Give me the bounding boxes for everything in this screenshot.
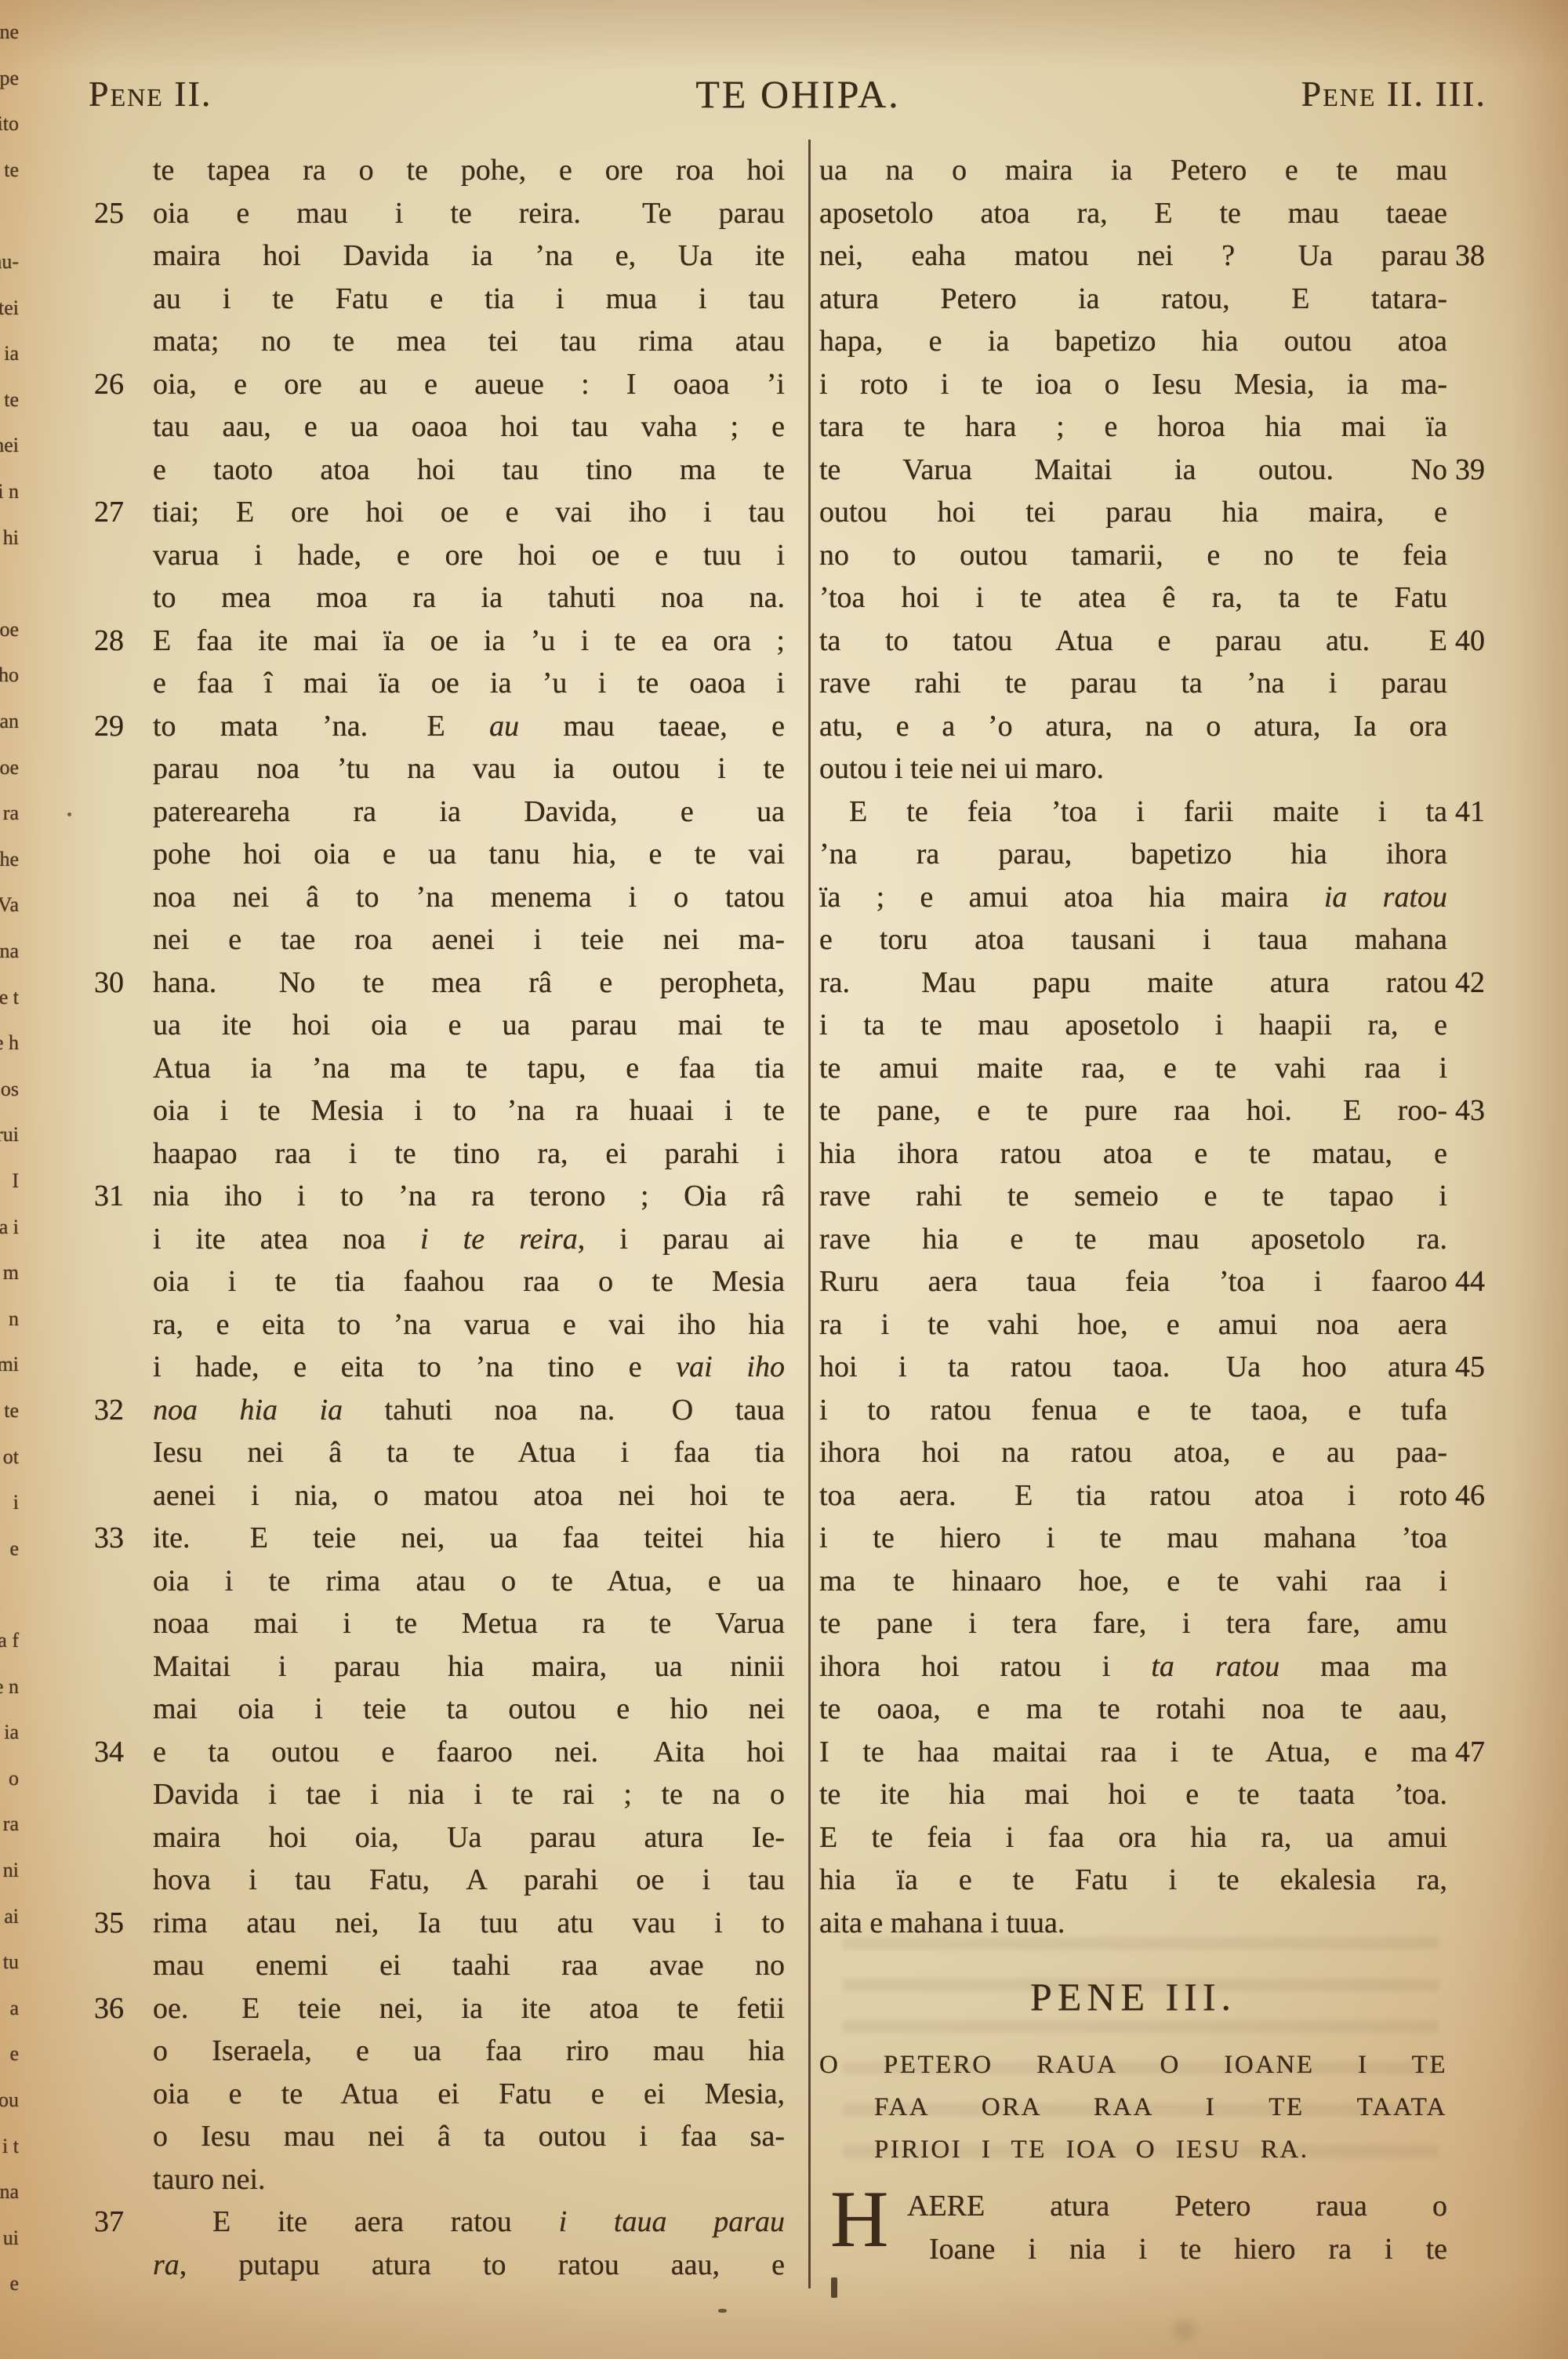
gutter-type-fragment: na <box>0 2180 19 2204</box>
text-line: 40ta to tatou Atua e parau atu. E <box>819 620 1447 663</box>
verse-number: 39 <box>1455 449 1512 492</box>
verse-number: 33 <box>94 1517 143 1560</box>
text-line: ïa ; e amui atoa hia maira ia ratou <box>819 876 1447 919</box>
verse-number: 31 <box>94 1175 143 1218</box>
text-line: to mea moa ra ia tahuti noa na. <box>153 576 785 620</box>
text-run: Davida i tae i nia i te rai ; te na o <box>153 1778 785 1811</box>
text-run: ’na ra parau, bapetizo hia ihora <box>819 838 1447 871</box>
text-run: te pane i tera fare, i tera fare, amu <box>819 1607 1447 1640</box>
text-line: AERE atura Petero raua o <box>819 2185 1447 2228</box>
chapter-summary-line: FAA ORA RAA I TE TAATA <box>819 2086 1447 2128</box>
text-run: Atua ia ’na ma te tapu, e faa tia <box>153 1052 785 1085</box>
text-line: ’na ra parau, bapetizo hia ihora <box>819 833 1447 876</box>
text-line: o Iseraela, e ua faa riro mau hia <box>153 2030 785 2073</box>
text-run: mau enemi ei taahi raa avae no <box>153 1949 785 1982</box>
text-line: 30hana. No te mea râ e peropheta, <box>153 961 785 1005</box>
text-run: tara te hara ; e horoa hia mai ïa <box>819 410 1447 443</box>
text-run: mau taeae, e <box>519 710 785 743</box>
gutter-type-fragment: a <box>9 1997 19 2020</box>
text-run: E faa ite mai ïa oe ia ’u i te ea ora ; <box>153 624 785 657</box>
text-line: 33ite. E teie nei, ua faa teitei hia <box>153 1517 785 1560</box>
text-line: rave rahi te parau ta ’na i parau <box>819 662 1447 705</box>
text-run: pohe hoi oia e ua tanu hia, e te vai <box>153 838 785 871</box>
text-line: ihora hoi ratou i ta ratou maa ma <box>819 1645 1447 1688</box>
gutter-type-fragment: a i <box>0 1216 19 1239</box>
text-run: , putapu atura to ratou aau, e <box>180 2248 785 2281</box>
text-line: hova i tau Fatu, A parahi oe i tau <box>153 1859 785 1902</box>
gutter-type-fragment: os <box>1 1078 19 1101</box>
text-line: i ite atea noa i te reira, i parau ai <box>153 1218 785 1261</box>
text-run: ihora hoi ratou i <box>819 1650 1151 1683</box>
text-run: hapa, e ia bapetizo hia outou atoa <box>819 325 1447 358</box>
gutter-type-fragment: ho <box>0 663 19 687</box>
verse-number: 47 <box>1455 1731 1512 1774</box>
text-line: maira hoi Davida ia ’na e, Ua ite <box>153 234 785 278</box>
text-run: Iesu nei â ta te Atua i faa tia <box>153 1436 785 1469</box>
gutter-type-fragment: ra <box>3 801 19 825</box>
text-line: parau noa ’tu na vau ia outou i te <box>153 747 785 791</box>
text-run: patereareha ra ia Davida, e ua <box>153 795 785 828</box>
italic-text: ta ratou <box>1151 1650 1279 1683</box>
text-line: 37 E ite aera ratou i taua parau <box>153 2201 785 2244</box>
gutter-type-fragment: oe <box>0 756 19 780</box>
italic-text: au <box>489 710 519 743</box>
text-run: maira hoi Davida ia ’na e, Ua ite <box>153 239 785 272</box>
text-line: ra, putapu atura to ratou aau, e <box>153 2244 785 2287</box>
text-run: oia e te Atua ei Fatu e ei Mesia, <box>153 2077 785 2110</box>
text-run: , i parau ai <box>578 1223 785 1256</box>
text-line: 25oia e mau i te reira. Te parau <box>153 192 785 235</box>
verse-number: 29 <box>94 705 143 748</box>
gutter-type-fragment: i n <box>0 480 19 503</box>
text-line: oia i te rima atau o te Atua, e ua <box>153 1560 785 1603</box>
text-run: noaa mai i te Metua ra te Varua <box>153 1607 785 1640</box>
gutter-type-fragment: i <box>13 1491 19 1514</box>
gutter-type-fragment: ot <box>3 1445 19 1469</box>
gutter-type-fragment: itei <box>0 296 19 320</box>
text-line: mata; no te mea tei tau rima atau <box>153 320 785 363</box>
text-run: E te feia i faa ora hia ra, ua amui <box>819 1821 1447 1854</box>
text-run: rave hia e te mau aposetolo ra. <box>819 1223 1447 1256</box>
text-run: oia i te rima atau o te Atua, e ua <box>153 1565 785 1598</box>
gutter-type-fragment: e t <box>0 986 19 1009</box>
text-run: i ite atea noa <box>153 1223 420 1256</box>
text-line: haapao raa i te tino ra, ei parahi i <box>153 1132 785 1176</box>
gutter-type-fragment: e h <box>0 1031 19 1055</box>
text-run: toa aera. E tia ratou atoa i roto <box>819 1479 1447 1512</box>
running-head-right: Pene II. III. <box>1301 69 1486 119</box>
text-run: i ta te mau aposetolo i haapii ra, e <box>819 1009 1447 1041</box>
gutter-type-fragment: i t <box>2 2135 19 2158</box>
text-line: 27tiai; E ore hoi oe e vai iho i tau <box>153 491 785 534</box>
verse-number: 30 <box>94 961 143 1005</box>
text-line: te pane i tera fare, i tera fare, amu <box>819 1602 1447 1645</box>
text-line: atu, e a ’o atura, na o atura, Ia ora <box>819 705 1447 748</box>
verse-number: 44 <box>1455 1260 1512 1303</box>
gutter-type-fragment: te <box>4 158 19 182</box>
verse-number: 37 <box>94 2201 143 2244</box>
text-line: tauro nei. <box>153 2158 785 2201</box>
italic-text: noa hia ia <box>153 1394 343 1427</box>
text-line: au i te Fatu e tia i mua i tau <box>153 278 785 321</box>
gutter-type-fragment: hu- <box>0 250 19 274</box>
gutter-type-fragment: nei <box>0 434 19 457</box>
text-line: oia i te Mesia i to ’na ra huaai i te <box>153 1089 785 1132</box>
text-line: Maitai i parau hia maira, ua ninii <box>153 1645 785 1688</box>
gutter-type-fragment: ai <box>4 1905 19 1928</box>
text-line: e faa î mai ïa oe ia ’u i te oaoa i <box>153 662 785 705</box>
text-line: Davida i tae i nia i te rai ; te na o <box>153 1773 785 1816</box>
text-line: ua na o maira ia Petero e te mau <box>819 149 1447 192</box>
left-text-column: te tapea ra o te pohe, e ore roa hoi25oi… <box>153 149 785 2286</box>
text-run: noa nei â to ’na menema i o tatou <box>153 881 785 914</box>
text-line: E te feia i faa ora hia ra, ua amui <box>819 1816 1447 1859</box>
text-line: mai oia i teie ta outou e hio nei <box>153 1688 785 1731</box>
text-run: ra i te vahi hoe, e amui noa aera <box>819 1308 1447 1341</box>
running-head-center: TE OHIPA. <box>695 69 900 119</box>
text-run: Ioane i nia i te hiero ra i te <box>929 2233 1447 2266</box>
text-run: mai oia i teie ta outou e hio nei <box>153 1692 785 1725</box>
text-line: te amui maite raa, e te vahi raa i <box>819 1047 1447 1090</box>
chapter-summary-line: PIRIOI I TE IOA O IESU RA. <box>819 2128 1447 2171</box>
text-run: rima atau nei, Ia tuu atu vau i to <box>153 1906 785 1939</box>
text-run: i to ratou fenua e te taoa, e tufa <box>819 1394 1447 1427</box>
text-line: te tapea ra o te pohe, e ore roa hoi <box>153 149 785 192</box>
gutter-type-fragment: I <box>12 1169 19 1193</box>
gutter-type-fragment: an <box>0 710 19 733</box>
text-run: hana. No te mea râ e peropheta, <box>153 966 785 999</box>
text-run: au i te Fatu e tia i mua i tau <box>153 282 785 315</box>
italic-text: ra <box>153 2248 180 2281</box>
text-line: varua i hade, e ore hoi oe e tuu i <box>153 534 785 577</box>
gutter-type-fragment: ne <box>0 20 19 44</box>
gutter-type-fragment: n <box>9 1307 19 1331</box>
italic-text: i te reira <box>420 1223 578 1256</box>
text-line: aita e mahana i tuua. <box>819 1902 1447 1945</box>
text-line: ihora hoi na ratou atoa, e au paa- <box>819 1431 1447 1474</box>
text-run: tauro nei. <box>153 2163 266 2196</box>
text-line: 26oia, e ore au e aueue : I oaoa ’i <box>153 363 785 406</box>
text-run: nei e tae roa aenei i teie nei ma- <box>153 923 785 956</box>
gutter-type-fragment: e <box>9 2042 19 2066</box>
text-line: i hade, e eita to ’na tino e vai iho <box>153 1346 785 1389</box>
text-line: patereareha ra ia Davida, e ua <box>153 791 785 834</box>
text-line: 44Ruru aera taua feia ’toa i faaroo <box>819 1260 1447 1303</box>
text-run: Maitai i parau hia maira, ua ninii <box>153 1650 785 1683</box>
gutter-type-fragment: e n <box>0 1675 19 1699</box>
text-line: i ta te mau aposetolo i haapii ra, e <box>819 1004 1447 1047</box>
text-run: varua i hade, e ore hoi oe e tuu i <box>153 539 785 572</box>
gutter-type-fragment: Va <box>0 893 19 917</box>
column-divider <box>808 140 811 2288</box>
text-line: i to ratou fenua e te taoa, e tufa <box>819 1389 1447 1432</box>
text-run: e ta outou e faaroo nei. Aita hoi <box>153 1736 785 1768</box>
text-run: te oaoa, e ma te rotahi noa te aau, <box>819 1692 1447 1725</box>
text-run: maa ma <box>1279 1650 1447 1683</box>
text-line: maira hoi oia, Ua parau atura Ie- <box>153 1816 785 1859</box>
text-run: hoi i ta ratou taoa. Ua hoo atura <box>819 1350 1447 1383</box>
text-run: hova i tau Fatu, A parahi oe i tau <box>153 1863 785 1896</box>
verse-number: 28 <box>94 620 143 663</box>
text-line: 31nia iho i to ’na ra terono ; Oia râ <box>153 1175 785 1218</box>
page-gutter-fragments: nepeitotehu-iteia iae teneii nhioehoanoe… <box>0 0 20 2359</box>
text-run: oia i te tia faahou raa o te Mesia <box>153 1265 785 1298</box>
text-run: atura Petero ia ratou, E tatara- <box>819 282 1447 315</box>
text-run: tahuti noa na. O taua <box>343 1394 785 1427</box>
text-run: te Varua Maitai ia outou. No <box>819 453 1447 486</box>
italic-text: vai iho <box>676 1350 785 1383</box>
gutter-type-fragment: ra <box>3 1812 19 1836</box>
book-page-scan: nepeitotehu-iteia iae teneii nhioehoanoe… <box>0 0 1568 2359</box>
text-run: ite. E teie nei, ua faa teitei hia <box>153 1521 785 1554</box>
text-line: oia e te Atua ei Fatu e ei Mesia, <box>153 2073 785 2116</box>
text-line: 45hoi i ta ratou taoa. Ua hoo atura <box>819 1346 1447 1389</box>
text-run: mata; no te mea tei tau rima atau <box>153 325 785 358</box>
text-line: ma te hinaaro hoe, e te vahi raa i <box>819 1560 1447 1603</box>
gutter-type-fragment: ni <box>3 1859 19 1882</box>
verse-number: 38 <box>1455 234 1512 278</box>
text-line: noa nei â to ’na menema i o tatou <box>153 876 785 919</box>
text-line: pohe hoi oia e ua tanu hia, e te vai <box>153 833 785 876</box>
right-text-column: ua na o maira ia Petero e te mauaposetol… <box>819 149 1447 2270</box>
text-line: ’toa hoi i te atea ê ra, ta te Fatu <box>819 576 1447 620</box>
text-line: aposetolo atoa ra, E te mau taeae <box>819 192 1447 235</box>
text-line: outou hoi tei parau hia maira, e <box>819 491 1447 534</box>
chapter-body: H AERE atura Petero raua oIoane i nia i … <box>819 2185 1447 2270</box>
text-run: te pane, e te pure raa hoi. E roo- <box>819 1094 1447 1127</box>
text-run: oia i te Mesia i to ’na ra huaai i te <box>153 1094 785 1127</box>
text-run: E te feia ’toa i farii maite i ta <box>819 795 1447 828</box>
text-line: tau aau, e ua oaoa hoi tau vaha ; e <box>153 405 785 449</box>
gutter-type-fragment: e <box>9 2272 19 2295</box>
text-run: rave rahi te parau ta ’na i parau <box>819 667 1447 700</box>
text-line: 28E faa ite mai ïa oe ia ’u i te ea ora … <box>153 620 785 663</box>
verse-number: 41 <box>1455 791 1512 834</box>
text-line: i te hiero i te mau mahana ’toa <box>819 1517 1447 1560</box>
gutter-type-fragment: ia <box>4 1721 19 1744</box>
text-run: i hade, e eita to ’na tino e <box>153 1350 676 1383</box>
text-run: o Iesu mau nei â ta outou i faa sa- <box>153 2120 785 2153</box>
text-run: rave rahi te semeio e te tapao i <box>819 1179 1447 1212</box>
verse-number: 27 <box>94 491 143 534</box>
text-run: ra. Mau papu maite atura ratou <box>819 966 1447 999</box>
text-line: tara te hara ; e horoa hia mai ïa <box>819 405 1447 449</box>
text-line: mau enemi ei taahi raa avae no <box>153 1944 785 1987</box>
gutter-type-fragment: rui <box>0 1123 19 1147</box>
gutter-type-fragment: tu <box>3 1950 19 1974</box>
text-run: hia ïa e te Fatu i te ekalesia ra, <box>819 1863 1447 1896</box>
text-line: hapa, e ia bapetizo hia outou atoa <box>819 320 1447 363</box>
gutter-type-fragment: ou <box>0 2088 19 2112</box>
text-run: e faa î mai ïa oe ia ’u i te oaoa i <box>153 667 785 700</box>
text-line: rave rahi te semeio e te tapao i <box>819 1175 1447 1218</box>
text-line: 29to mata ’na. E au mau taeae, e <box>153 705 785 748</box>
ink-speck <box>718 2309 727 2313</box>
ink-speck <box>67 812 71 816</box>
text-run: oia, e ore au e aueue : I oaoa ’i <box>153 368 785 401</box>
verse-number: 25 <box>94 192 143 235</box>
text-run: i te hiero i te mau mahana ’toa <box>819 1521 1447 1554</box>
text-run: hia ihora ratou atoa e te matau, e <box>819 1137 1447 1170</box>
text-run: ua na o maira ia Petero e te mau <box>819 154 1447 187</box>
gutter-type-fragment: a f <box>0 1629 19 1652</box>
text-line: atura Petero ia ratou, E tatara- <box>819 278 1447 321</box>
gutter-type-fragment: e <box>9 1537 19 1561</box>
text-line: te oaoa, e ma te rotahi noa te aau, <box>819 1688 1447 1731</box>
verse-number: 40 <box>1455 620 1512 663</box>
text-line: 43te pane, e te pure raa hoi. E roo- <box>819 1089 1447 1132</box>
text-line: nei e tae roa aenei i teie nei ma- <box>153 918 785 961</box>
text-run: outou hoi tei parau hia maira, e <box>819 496 1447 529</box>
chapter-summary: O PETERO RAUA O IOANE I TEFAA ORA RAA I … <box>819 2044 1447 2171</box>
text-run: i roto i te ioa o Iesu Mesia, ia ma- <box>819 368 1447 401</box>
verse-number: 42 <box>1455 961 1512 1005</box>
text-line: oia i te tia faahou raa o te Mesia <box>153 1260 785 1303</box>
text-run: nia iho i to ’na ra terono ; Oia râ <box>153 1179 785 1212</box>
text-run: nei, eaha matou nei ? Ua parau <box>819 239 1447 272</box>
text-run: oia e mau i te reira. Te parau <box>153 197 785 230</box>
text-line: 46toa aera. E tia ratou atoa i roto <box>819 1474 1447 1518</box>
text-line: ra i te vahi hoe, e amui noa aera <box>819 1303 1447 1347</box>
text-run: AERE atura Petero raua o <box>907 2190 1447 2223</box>
text-run: ihora hoi na ratou atoa, e au paa- <box>819 1436 1447 1469</box>
text-run: te tapea ra o te pohe, e ore roa hoi <box>153 154 785 187</box>
text-run: ma te hinaaro hoe, e te vahi raa i <box>819 1565 1447 1598</box>
chapter-heading: PENE III. <box>819 1976 1447 2017</box>
text-run: ïa ; e amui atoa hia maira <box>819 881 1324 914</box>
text-run: atu, e a ’o atura, na o atura, Ia ora <box>819 710 1447 743</box>
text-run: te ite hia mai hoi e te taata ’toa. <box>819 1778 1447 1811</box>
italic-text: i taua parau <box>559 2205 785 2238</box>
text-line: ua ite hoi oia e ua parau mai te <box>153 1004 785 1047</box>
text-line: 32noa hia ia tahuti noa na. O taua <box>153 1389 785 1432</box>
text-line: o Iesu mau nei â ta outou i faa sa- <box>153 2115 785 2158</box>
gutter-type-fragment: o <box>9 1767 19 1790</box>
text-run: te amui maite raa, e te vahi raa i <box>819 1052 1447 1085</box>
text-line: noaa mai i te Metua ra te Varua <box>153 1602 785 1645</box>
text-line: no to outou tamarii, e no te feia <box>819 534 1447 577</box>
text-run: ’toa hoi i te atea ê ra, ta te Fatu <box>819 581 1447 614</box>
text-run: Ruru aera taua feia ’toa i faaroo <box>819 1265 1447 1298</box>
text-line: hia ihora ratou atoa e te matau, e <box>819 1132 1447 1176</box>
text-line: hia ïa e te Fatu i te ekalesia ra, <box>819 1859 1447 1902</box>
verse-number: 35 <box>94 1902 143 1945</box>
text-line: i roto i te ioa o Iesu Mesia, ia ma- <box>819 363 1447 406</box>
text-run: maira hoi oia, Ua parau atura Ie- <box>153 1821 785 1854</box>
text-run: parau noa ’tu na vau ia outou i te <box>153 752 785 785</box>
text-run: ta to tatou Atua e parau atu. E <box>819 624 1447 657</box>
gutter-type-fragment: ui <box>3 2226 19 2250</box>
italic-text: ia ratou <box>1324 881 1447 914</box>
verse-number: 45 <box>1455 1346 1512 1389</box>
gutter-type-fragment: hi <box>3 526 19 550</box>
text-run: aposetolo atoa ra, E te mau taeae <box>819 197 1447 230</box>
text-run: aita e mahana i tuua. <box>819 1906 1065 1939</box>
text-run: e toru atoa tausani i taua mahana <box>819 923 1447 956</box>
text-line: 42ra. Mau papu maite atura ratou <box>819 961 1447 1005</box>
chapter-summary-line: O PETERO RAUA O IOANE I TE <box>819 2044 1447 2086</box>
text-run: haapao raa i te tino ra, ei parahi i <box>153 1137 785 1170</box>
running-head-left: Pene II. <box>89 69 212 119</box>
text-run: outou i teie nei ui maro. <box>819 752 1104 785</box>
gutter-type-fragment: a ia <box>0 342 19 365</box>
verse-number: 26 <box>94 363 143 406</box>
verse-number: 36 <box>94 1987 143 2030</box>
gutter-type-fragment: mi <box>0 1353 19 1376</box>
text-run: E ite aera ratou <box>153 2205 559 2238</box>
text-run: ra, e eita to ’na varua e vai iho hia <box>153 1308 785 1341</box>
text-run: ua ite hoi oia e ua parau mai te <box>153 1009 785 1041</box>
text-line: ra, e eita to ’na varua e vai iho hia <box>153 1303 785 1347</box>
text-run: no to outou tamarii, e no te feia <box>819 539 1447 572</box>
ink-speck <box>1173 2320 1196 2340</box>
text-line: Atua ia ’na ma te tapu, e faa tia <box>153 1047 785 1090</box>
text-line: te ite hia mai hoi e te taata ’toa. <box>819 1773 1447 1816</box>
text-line: outou i teie nei ui maro. <box>819 747 1447 791</box>
text-line: 34e ta outou e faaroo nei. Aita hoi <box>153 1731 785 1774</box>
text-line: rave hia e te mau aposetolo ra. <box>819 1218 1447 1261</box>
text-line: e taoto atoa hoi tau tino ma te <box>153 449 785 492</box>
gutter-type-fragment: oe <box>0 618 19 642</box>
gutter-type-fragment: m <box>3 1261 19 1285</box>
chapter-3-section: PENE III. O PETERO RAUA O IOANE I TEFAA … <box>819 1976 1447 2270</box>
text-line: 35rima atau nei, Ia tuu atu vau i to <box>153 1902 785 1945</box>
text-run: to mea moa ra ia tahuti noa na. <box>153 581 785 614</box>
text-line: 47I te haa maitai raa i te Atua, e ma <box>819 1731 1447 1774</box>
gutter-type-fragment: e te <box>0 388 19 412</box>
text-run: tau aau, e ua oaoa hoi tau vaha ; e <box>153 410 785 443</box>
text-run: o Iseraela, e ua faa riro mau hia <box>153 2034 785 2067</box>
gutter-type-fragment: he <box>0 848 19 871</box>
text-run: tiai; E ore hoi oe e vai iho i tau <box>153 496 785 529</box>
right-column-lines: ua na o maira ia Petero e te mauaposetol… <box>819 149 1447 1944</box>
text-run: oe. E teie nei, ia ite atoa te fetii <box>153 1992 785 2025</box>
text-run: e taoto atoa hoi tau tino ma te <box>153 453 785 486</box>
verse-number: 43 <box>1455 1089 1512 1132</box>
text-line: 39te Varua Maitai ia outou. No <box>819 449 1447 492</box>
text-line: Iesu nei â ta te Atua i faa tia <box>153 1431 785 1474</box>
text-run: to mata ’na. E <box>153 710 489 743</box>
ink-smudge <box>831 2277 837 2298</box>
text-line: 36oe. E teie nei, ia ite atoa te fetii <box>153 1987 785 2030</box>
running-head: Pene II. TE OHIPA. Pene II. III. <box>0 69 1568 124</box>
text-line: aenei i nia, o matou atoa nei hoi te <box>153 1474 785 1518</box>
verse-number: 32 <box>94 1389 143 1432</box>
text-line: Ioane i nia i te hiero ra i te <box>819 2228 1447 2271</box>
verse-number: 34 <box>94 1731 143 1774</box>
gutter-type-fragment: te <box>4 1399 19 1423</box>
text-line: e toru atoa tausani i taua mahana <box>819 918 1447 961</box>
text-line: 38nei, eaha matou nei ? Ua parau <box>819 234 1447 278</box>
text-run: I te haa maitai raa i te Atua, e ma <box>819 1736 1447 1768</box>
verse-number: 46 <box>1455 1474 1512 1518</box>
text-run: aenei i nia, o matou atoa nei hoi te <box>153 1479 785 1512</box>
text-line: 41 E te feia ’toa i farii maite i ta <box>819 791 1447 834</box>
gutter-type-fragment: na <box>0 940 19 963</box>
